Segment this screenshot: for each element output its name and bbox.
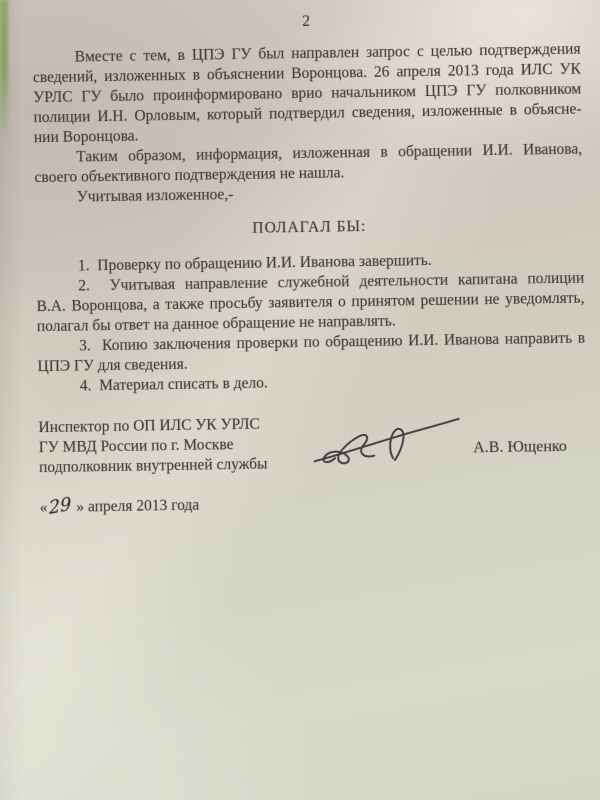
- resolution-items: 1. Проверку по обращению И.И. Иванова за…: [36, 249, 586, 398]
- open-quote: «: [40, 499, 48, 516]
- date-line: «29» апреля 2013 года: [40, 489, 588, 519]
- handwritten-signature-icon: [303, 409, 469, 468]
- document-page: 2 Вместе с тем, в ЦПЭ ГУ был направлен з…: [0, 0, 600, 800]
- resolution-heading: ПОЛАГАЛ БЫ:: [35, 214, 583, 243]
- handwritten-day: 29: [48, 495, 72, 520]
- resolution-item-2: 2. Учитывая направление служебной деятел…: [36, 269, 585, 338]
- signature-block: Инспектор по ОП ИЛС УК УРЛС ГУ МВД Росси…: [38, 410, 587, 479]
- signer-name: А.В. Ющенко: [473, 437, 567, 458]
- close-quote: »: [76, 498, 84, 515]
- document-content: 2 Вместе с тем, в ЦПЭ ГУ был направлен з…: [0, 0, 600, 519]
- paragraph-1: Вместе с тем, в ЦПЭ ГУ был направлен зап…: [32, 40, 582, 149]
- date-text: апреля 2013 года: [88, 497, 200, 516]
- body-paragraphs: Вместе с тем, в ЦПЭ ГУ был направлен зап…: [32, 40, 582, 209]
- page-number: 2: [32, 8, 580, 37]
